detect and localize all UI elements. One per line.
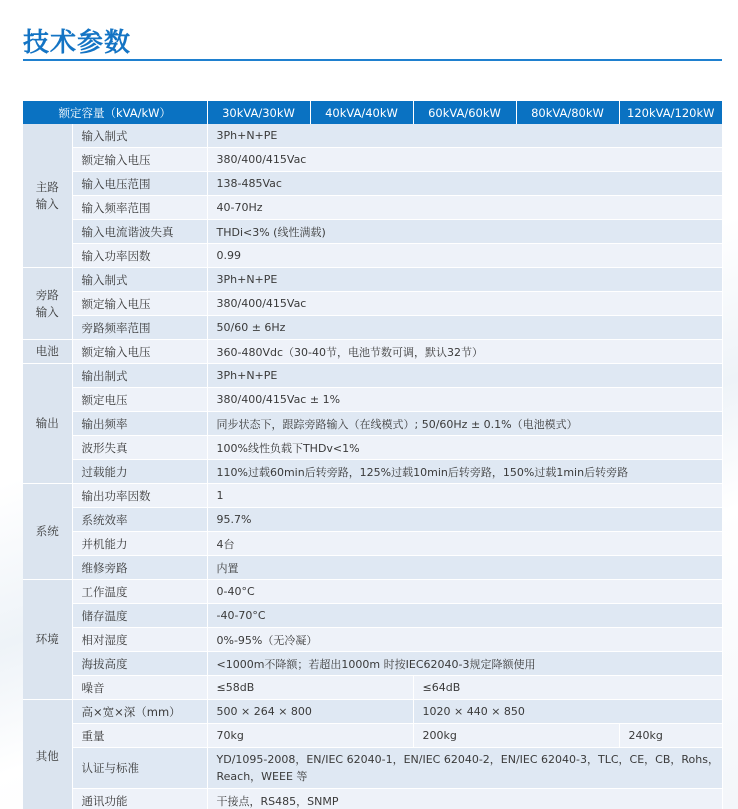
row-value: 3Ph+N+PE	[207, 364, 722, 388]
row-value-120: 240kg	[619, 724, 722, 748]
table-row: 输出频率 同步状态下，跟踪旁路输入（在线模式）; 50/60Hz ± 0.1%（…	[23, 412, 722, 436]
table-row: 输出 输出制式 3Ph+N+PE	[23, 364, 722, 388]
table-row: 波形失真 100%线性负载下THDv<1%	[23, 436, 722, 460]
row-label: 维修旁路	[72, 556, 207, 580]
header-model-40: 40kVA/40kW	[310, 101, 413, 124]
row-label: 输入电压范围	[72, 172, 207, 196]
row-label: 系统效率	[72, 508, 207, 532]
row-value: 100%线性负载下THDv<1%	[207, 436, 722, 460]
row-value: -40-70°C	[207, 604, 722, 628]
table-row: 额定电压 380/400/415Vac ± 1%	[23, 388, 722, 412]
table-row: 旁路频率范围 50/60 ± 6Hz	[23, 316, 722, 340]
group-label: 旁路输入	[33, 287, 61, 321]
header-row: 额定容量（kVA/kW） 30kVA/30kW 40kVA/40kW 60kVA…	[23, 101, 722, 124]
table-row: 环境 工作温度 0-40°C	[23, 580, 722, 604]
row-value-60-120: ≤64dB	[413, 676, 722, 700]
row-value: YD/1095-2008，EN/IEC 62040-1，EN/IEC 62040…	[207, 748, 722, 789]
row-value: 380/400/415Vac ± 1%	[207, 388, 722, 412]
row-label: 额定输入电压	[72, 148, 207, 172]
row-label: 输入制式	[72, 124, 207, 148]
table-row: 额定输入电压 380/400/415Vac	[23, 148, 722, 172]
table-row: 电池 额定输入电压 360-480Vdc（30-40节，电池节数可调，默认32节…	[23, 340, 722, 364]
row-value: 1	[207, 484, 722, 508]
header-capacity-label: 额定容量（kVA/kW）	[23, 101, 207, 124]
row-label: 高×宽×深（mm）	[72, 700, 207, 724]
table-row: 主路输入 输入制式 3Ph+N+PE	[23, 124, 722, 148]
row-value: 内置	[207, 556, 722, 580]
row-value-60-120: 1020 × 440 × 850	[413, 700, 722, 724]
row-label: 输出制式	[72, 364, 207, 388]
table-row: 相对湿度 0%-95%（无冷凝）	[23, 628, 722, 652]
row-value: 95.7%	[207, 508, 722, 532]
row-label: 输入制式	[72, 268, 207, 292]
row-value: 3Ph+N+PE	[207, 268, 722, 292]
table-row: 噪音 ≤58dB ≤64dB	[23, 676, 722, 700]
row-label: 工作温度	[72, 580, 207, 604]
header-model-60: 60kVA/60kW	[413, 101, 516, 124]
row-label: 噪音	[72, 676, 207, 700]
row-label: 认证与标准	[72, 748, 207, 789]
row-label: 输出频率	[72, 412, 207, 436]
table-row: 储存温度 -40-70°C	[23, 604, 722, 628]
group-output: 输出	[23, 364, 72, 484]
row-label: 输入功率因数	[72, 244, 207, 268]
table-row: 通讯功能 干接点，RS485，SNMP	[23, 789, 722, 809]
row-label: 输出功率因数	[72, 484, 207, 508]
group-label: 主路输入	[33, 179, 61, 213]
table-row: 输入电压范围 138-485Vac	[23, 172, 722, 196]
row-label: 通讯功能	[72, 789, 207, 809]
table-row: 过载能力 110%过载60min后转旁路，125%过载10min后转旁路，150…	[23, 460, 722, 484]
table-row: 系统 输出功率因数 1	[23, 484, 722, 508]
group-system: 系统	[23, 484, 72, 580]
table-row: 旁路输入 输入制式 3Ph+N+PE	[23, 268, 722, 292]
table-row: 输入功率因数 0.99	[23, 244, 722, 268]
row-label: 旁路频率范围	[72, 316, 207, 340]
row-value-60-80: 200kg	[413, 724, 619, 748]
group-other: 其他	[23, 700, 72, 809]
row-value-30-40: 70kg	[207, 724, 413, 748]
table-row: 额定输入电压 380/400/415Vac	[23, 292, 722, 316]
row-label: 额定输入电压	[72, 292, 207, 316]
row-value: <1000m不降额；若超出1000m 时按IEC62040-3规定降额使用	[207, 652, 722, 676]
page-title: 技术参数	[23, 22, 131, 59]
group-main-input: 主路输入	[23, 124, 72, 268]
table-row: 重量 70kg 200kg 240kg	[23, 724, 722, 748]
table-row: 系统效率 95.7%	[23, 508, 722, 532]
group-battery: 电池	[23, 340, 72, 364]
row-label: 波形失真	[72, 436, 207, 460]
row-value: 3Ph+N+PE	[207, 124, 722, 148]
group-bypass-input: 旁路输入	[23, 268, 72, 340]
row-value: THDi<3% (线性满载)	[207, 220, 722, 244]
row-label: 重量	[72, 724, 207, 748]
row-value: 干接点，RS485，SNMP	[207, 789, 722, 809]
title-divider	[23, 59, 722, 61]
header-model-30: 30kVA/30kW	[207, 101, 310, 124]
row-value-30-40: ≤58dB	[207, 676, 413, 700]
row-value: 110%过载60min后转旁路，125%过载10min后转旁路，150%过载1m…	[207, 460, 722, 484]
table-row: 并机能力 4台	[23, 532, 722, 556]
table-row: 认证与标准 YD/1095-2008，EN/IEC 62040-1，EN/IEC…	[23, 748, 722, 789]
row-value-30-40: 500 × 264 × 800	[207, 700, 413, 724]
row-value: 40-70Hz	[207, 196, 722, 220]
table-row: 其他 高×宽×深（mm） 500 × 264 × 800 1020 × 440 …	[23, 700, 722, 724]
row-label: 储存温度	[72, 604, 207, 628]
table-row: 输入频率范围 40-70Hz	[23, 196, 722, 220]
group-environment: 环境	[23, 580, 72, 700]
row-value: 380/400/415Vac	[207, 148, 722, 172]
row-value: 同步状态下，跟踪旁路输入（在线模式）; 50/60Hz ± 0.1%（电池模式）	[207, 412, 722, 436]
row-value: 380/400/415Vac	[207, 292, 722, 316]
row-value: 0%-95%（无冷凝）	[207, 628, 722, 652]
row-value: 0-40°C	[207, 580, 722, 604]
table-row: 维修旁路 内置	[23, 556, 722, 580]
row-value: 0.99	[207, 244, 722, 268]
row-label: 相对湿度	[72, 628, 207, 652]
row-value: 360-480Vdc（30-40节，电池节数可调，默认32节）	[207, 340, 722, 364]
row-value: 138-485Vac	[207, 172, 722, 196]
row-value: 4台	[207, 532, 722, 556]
header-model-120: 120kVA/120kW	[619, 101, 722, 124]
row-label: 额定电压	[72, 388, 207, 412]
row-label: 海拔高度	[72, 652, 207, 676]
row-label: 输入频率范围	[72, 196, 207, 220]
row-label: 额定输入电压	[72, 340, 207, 364]
row-label: 并机能力	[72, 532, 207, 556]
table-row: 输入电流谐波失真 THDi<3% (线性满载)	[23, 220, 722, 244]
table-row: 海拔高度 <1000m不降额；若超出1000m 时按IEC62040-3规定降额…	[23, 652, 722, 676]
header-model-80: 80kVA/80kW	[516, 101, 619, 124]
row-label: 输入电流谐波失真	[72, 220, 207, 244]
row-label: 过载能力	[72, 460, 207, 484]
row-value: 50/60 ± 6Hz	[207, 316, 722, 340]
spec-table: 额定容量（kVA/kW） 30kVA/30kW 40kVA/40kW 60kVA…	[23, 101, 723, 809]
